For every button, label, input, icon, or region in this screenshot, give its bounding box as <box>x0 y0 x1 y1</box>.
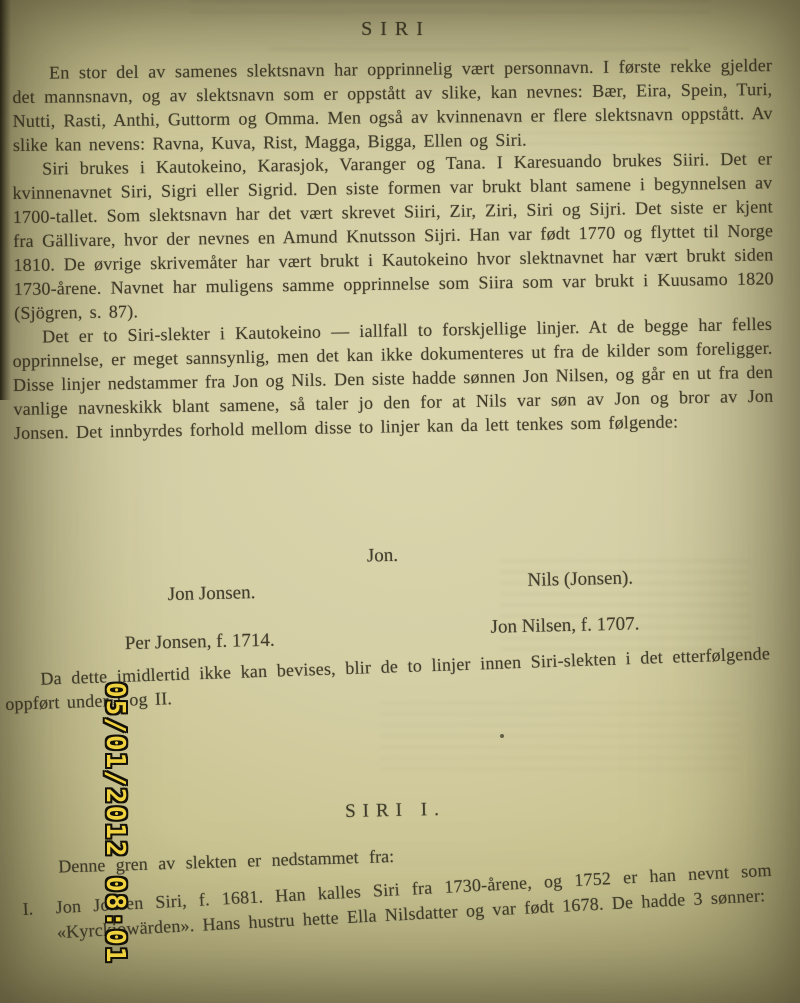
entry-marker: I. <box>22 895 58 947</box>
page-title: SIRI <box>12 18 772 41</box>
paragraph-siri-usage: Siri brukes i Kautokeino, Karasjok, Vara… <box>12 146 774 325</box>
book-page-photo: SIRI En stor del av samenes slektsnavn h… <box>0 0 800 1003</box>
tree-child-jon-jonsen: Jon Jonsen. <box>167 582 255 606</box>
camera-timestamp: 05/01/2012 08:01 <box>100 682 130 964</box>
page-edge-shadow <box>0 0 11 400</box>
tree-child-nils-jonsen: Nils (Jonsen). <box>527 568 633 592</box>
tree-grandchild-per-jonsen: Per Jonsen, f. 1714. <box>125 630 275 655</box>
tree-root-jon: Jon. <box>367 545 399 568</box>
tree-grandchild-jon-nilsen: Jon Nilsen, f. 1707. <box>490 613 639 638</box>
paragraph-two-lineages: Det er to Siri-slekter i Kautokeino — ia… <box>12 312 774 445</box>
paragraph-surname-origins: En stor del av samenes slektsnavn har op… <box>12 53 773 157</box>
